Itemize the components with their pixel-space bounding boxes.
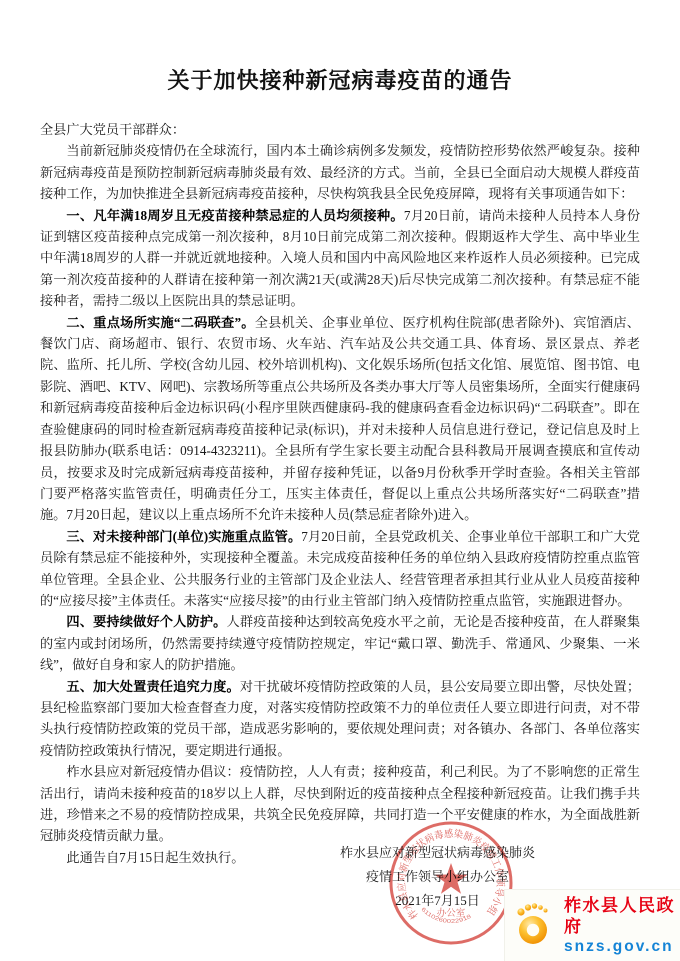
gov-site-badge[interactable]: 柞水县人民政府 snzs.gov.cn <box>504 889 680 961</box>
gov-foot-logo-icon <box>513 897 555 954</box>
paragraph-lead: 二、重点场所实施“二码联查”。 <box>66 315 254 330</box>
paragraph-text: 当前新冠肺炎疫情仍在全球流行，国内本土确诊病例多发频发，疫情防控形势依然严峻复杂… <box>40 143 640 201</box>
paragraph-intro: 当前新冠肺炎疫情仍在全球流行，国内本土确诊病例多发频发，疫情防控形势依然严峻复杂… <box>40 140 640 204</box>
salutation: 全县广大党员干部群众： <box>40 119 640 140</box>
notice-document-page: 关于加快接种新冠病毒疫苗的通告 全县广大党员干部群众： 当前新冠肺炎疫情仍在全球… <box>0 0 680 961</box>
paragraph-text: 全县机关、企事业单位、医疗机构住院部(患者除外)、宾馆酒店、餐饮门店、商场超市、… <box>40 315 640 523</box>
notice-body: 关于加快接种新冠病毒疫苗的通告 全县广大党员干部群众： 当前新冠肺炎疫情仍在全球… <box>40 64 640 868</box>
gov-site-url[interactable]: snzs.gov.cn <box>564 937 676 956</box>
paragraph-proposal: 柞水县应对新冠疫情办倡议：疫情防控，人人有责；接种疫苗，利己利民。为了不影响您的… <box>40 761 640 847</box>
signature-org-line2: 疫情工作领导小组办公室 <box>330 865 545 889</box>
paragraph-lead: 四、要持续做好个人防护。 <box>66 614 226 629</box>
gov-site-name[interactable]: 柞水县人民政府 <box>564 895 676 938</box>
paragraph-text: 此通告自7月15日起生效执行。 <box>66 850 244 865</box>
paragraph-lead: 五、加大处置责任追究力度。 <box>66 679 239 694</box>
document-title: 关于加快接种新冠病毒疫苗的通告 <box>40 64 640 95</box>
paragraph-item-5: 五、加大处置责任追究力度。对干扰破坏疫情防控政策的人员，县公安局要立即出警，尽快… <box>40 676 640 762</box>
signature-org-line1: 柞水县应对新型冠状病毒感染肺炎 <box>330 841 545 865</box>
paragraph-text: 柞水县应对新冠疫情办倡议：疫情防控，人人有责；接种疫苗，利己利民。为了不影响您的… <box>40 764 640 843</box>
paragraph-item-3: 三、对未接种部门(单位)实施重点监管。7月20日前，全县党政机关、企事业单位干部… <box>40 526 640 612</box>
paragraph-item-1: 一、凡年满18周岁且无疫苗接种禁忌症的人员均须接种。7月20日前，请尚未接种人员… <box>40 205 640 312</box>
paragraph-lead: 三、对未接种部门(单位)实施重点监管。 <box>66 529 301 544</box>
paragraph-item-4: 四、要持续做好个人防护。人群疫苗接种达到较高免疫水平之前，无论是否接种疫苗，在人… <box>40 611 640 675</box>
paragraph-item-2: 二、重点场所实施“二码联查”。全县机关、企事业单位、医疗机构住院部(患者除外)、… <box>40 312 640 526</box>
paragraph-lead: 一、凡年满18周岁且无疫苗接种禁忌症的人员均须接种。 <box>66 208 404 223</box>
